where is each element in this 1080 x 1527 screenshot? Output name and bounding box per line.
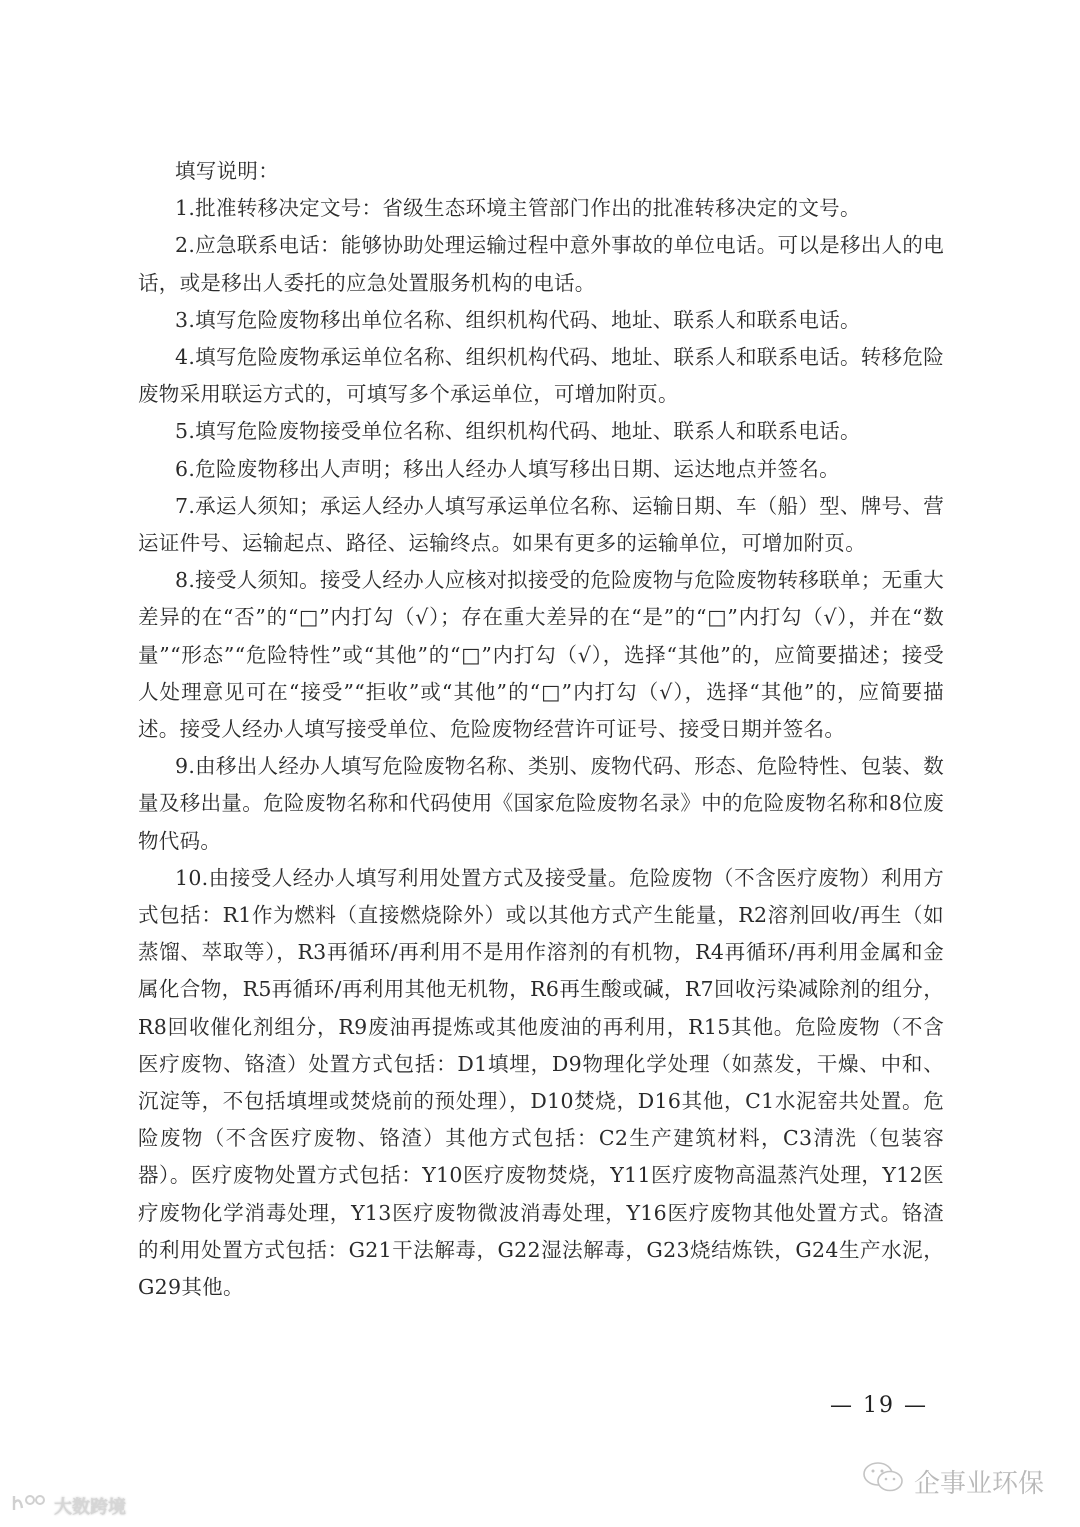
logo-icon — [10, 1492, 48, 1519]
instruction-item-7: 7.承运人须知；承运人经办人填写承运单位名称、运输日期、车（船）型、牌号、营运证… — [138, 488, 944, 562]
watermark-wechat-text: 企事业环保 — [914, 1463, 1044, 1500]
instruction-item-5: 5.填写危险废物接受单位名称、组织机构代码、地址、联系人和联系电话。 — [138, 413, 944, 450]
instruction-item-2: 2.应急联系电话：能够协助处理运输过程中意外事故的单位电话。可以是移出人的电话，… — [138, 227, 944, 301]
watermark-wechat: 企事业环保 — [862, 1460, 1044, 1503]
instruction-item-3: 3.填写危险废物移出单位名称、组织机构代码、地址、联系人和联系电话。 — [138, 302, 944, 339]
instructions-heading: 填写说明： — [138, 153, 944, 190]
instruction-item-6: 6.危险废物移出人声明；移出人经办人填写移出日期、运达地点并签名。 — [138, 451, 944, 488]
page-number: — 19 — — [830, 1393, 928, 1418]
instruction-item-4: 4.填写危险废物承运单位名称、组织机构代码、地址、联系人和联系电话。转移危险废物… — [138, 339, 944, 413]
document-body: 填写说明： 1.批准转移决定文号：省级生态环境主管部门作出的批准转移决定的文号。… — [138, 153, 944, 1306]
instruction-item-9: 9.由移出人经办人填写危险废物名称、类别、废物代码、形态、危险特性、包装、数量及… — [138, 748, 944, 860]
instruction-item-10: 10.由接受人经办人填写利用处置方式及接受量。危险废物（不含医疗废物）利用方式包… — [138, 860, 944, 1306]
watermark-logo-text: 大数跨境 — [54, 1493, 126, 1519]
instruction-item-8: 8.接受人须知。接受人经办人应核对拟接受的危险废物与危险废物转移联单；无重大差异… — [138, 562, 944, 748]
watermark-logo: 大数跨境 — [10, 1492, 126, 1519]
instruction-item-1: 1.批准转移决定文号：省级生态环境主管部门作出的批准转移决定的文号。 — [138, 190, 944, 227]
document-page: 填写说明： 1.批准转移决定文号：省级生态环境主管部门作出的批准转移决定的文号。… — [0, 0, 1080, 1527]
wechat-icon — [862, 1460, 906, 1503]
